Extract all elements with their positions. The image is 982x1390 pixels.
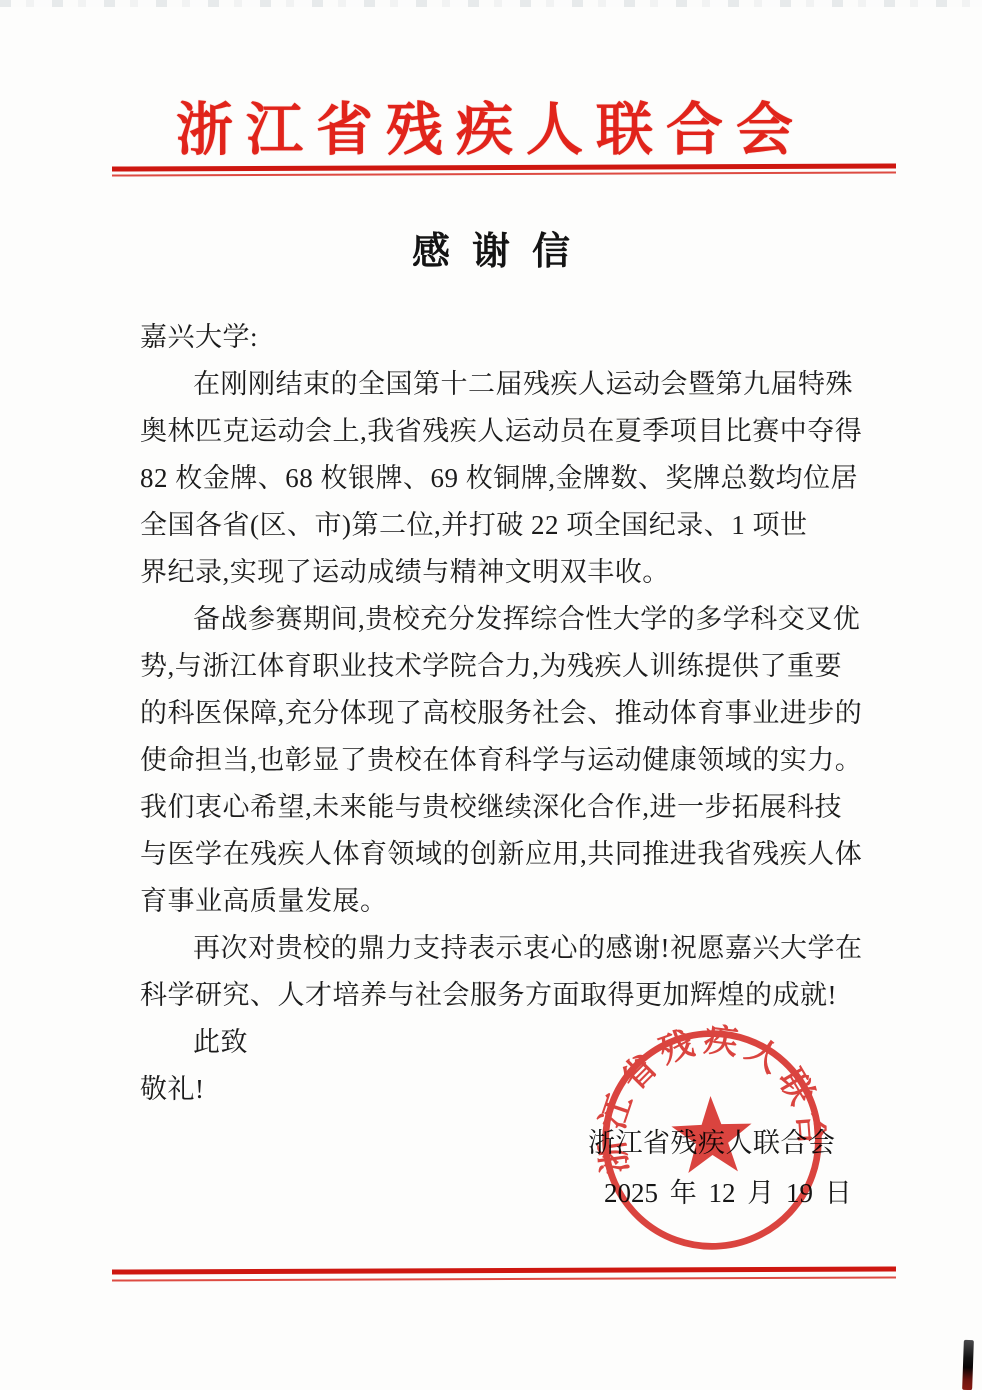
- body-line: 备战参赛期间,贵校充分发挥综合性大学的多学科交叉优: [140, 596, 862, 643]
- body-line: 82 枚金牌、68 枚银牌、69 枚铜牌,金牌数、奖牌总数均位居: [140, 455, 862, 502]
- body-line: 科学研究、人才培养与社会服务方面取得更加辉煌的成就!: [140, 972, 862, 1019]
- body-line: 育事业高质量发展。: [140, 878, 862, 925]
- body-line: 势,与浙江体育职业技术学院合力,为残疾人训练提供了重要: [140, 643, 862, 690]
- letterhead-rule-thin: [112, 171, 896, 176]
- body-line: 奥林匹克运动会上,我省残疾人运动员在夏季项目比赛中夺得: [140, 408, 862, 455]
- body-line: 全国各省(区、市)第二位,并打破 22 项全国纪录、1 项世: [140, 502, 862, 549]
- official-seal: 浙江省残疾人联合会: [593, 1021, 831, 1259]
- seal-graphic: 浙江省残疾人联合会: [593, 1021, 831, 1259]
- body-line: 的科医保障,充分体现了高校服务社会、推动体育事业进步的: [140, 690, 862, 737]
- footer-rule-thin: [112, 1276, 896, 1281]
- body-line: 我们衷心希望,未来能与贵校继续深化合作,进一步拓展科技: [140, 784, 862, 831]
- body-line: 与医学在残疾人体育领域的创新应用,共同推进我省残疾人体: [140, 831, 862, 878]
- body-line: 界纪录,实现了运动成绩与精神文明双丰收。: [140, 549, 862, 596]
- body-line: 再次对贵校的鼎力支持表示衷心的感谢!祝愿嘉兴大学在: [140, 925, 862, 972]
- body-line: 使命担当,也彰显了贵校在体育科学与运动健康领域的实力。: [140, 737, 862, 784]
- document-title: 感谢信: [0, 220, 982, 275]
- letter-body: 嘉兴大学: 在刚刚结束的全国第十二届残疾人运动会暨第九届特殊 奥林匹克运动会上,…: [140, 314, 862, 1113]
- footer-rule-thick: [112, 1266, 896, 1274]
- body-line: 在刚刚结束的全国第十二届残疾人运动会暨第九届特殊: [140, 361, 862, 408]
- star-icon: [670, 1095, 753, 1174]
- salutation: 嘉兴大学:: [140, 314, 862, 361]
- letter-page: 浙江省残疾人联合会 感谢信 嘉兴大学: 在刚刚结束的全国第十二届残疾人运动会暨第…: [0, 0, 982, 1390]
- scan-corner-artifact: [962, 1340, 974, 1390]
- letterhead-org-name: 浙江省残疾人联合会: [0, 84, 982, 166]
- scan-noise-band: [0, 0, 982, 7]
